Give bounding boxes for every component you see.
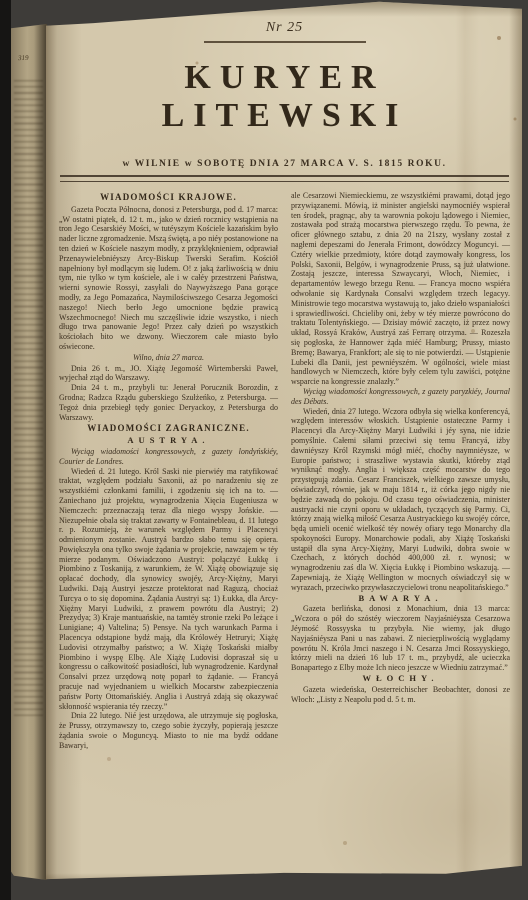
section-heading-domestic-news: WIADOMOŚCI KRAJOWE.: [59, 193, 278, 203]
paragraph-munich-report: Gazeta berlińska, donosi z Monachium, dn…: [291, 604, 510, 673]
publication-dateline: w WILNIE w SOBOTĘ DNIA 27 MARCA V. S. 18…: [59, 159, 510, 169]
binding-edge: [0, 0, 11, 900]
scan-background: 319 Nr 25 KURYER LITEWSKI w WILNIE w SOB…: [0, 0, 528, 900]
rule-under-issue-number: [204, 41, 366, 43]
paragraph-vienna-feb-27: Wiedeń, dnia 27 lutego. Wczora odbyła si…: [291, 407, 510, 593]
dateline-wilno: Wilno, dnia 27 marca.: [59, 353, 278, 363]
paragraph-departure-notice: Dnia 26 t. m., JO. Xiążę Jegomość Wirtem…: [59, 364, 278, 384]
adjacent-page-sliver: 319: [11, 24, 47, 880]
country-heading-austria: AUSTRYA.: [59, 436, 278, 446]
adjacent-page-number: 319: [18, 54, 29, 62]
paragraph-continuation: ale Cesarzowi Niemieckiemu, ze wszystkié…: [291, 191, 510, 387]
section-heading-foreign-news: WIADOMOŚCI ZAGRANICZNE.: [59, 424, 278, 434]
country-heading-italy: WŁOCHY.: [291, 674, 510, 684]
masthead-block: Nr 25 KURYER LITEWSKI w WILNIE w SOBOTĘ …: [46, 0, 522, 182]
paper-specks: [46, 0, 48, 2]
newspaper-page: Nr 25 KURYER LITEWSKI w WILNIE w SOBOTĘ …: [46, 0, 522, 888]
double-rule: [60, 175, 509, 182]
paragraph-petersburg-report: Gazeta Poczta Północna, donosi z Petersb…: [59, 205, 278, 352]
newspaper-title: KURYER LITEWSKI: [59, 59, 510, 135]
paragraph-feb-22: Dnia 22 lutego. Nié jest urzędowa, ale u…: [59, 711, 278, 750]
right-column: ale Cesarzowi Niemieckiemu, ze wszystkié…: [291, 191, 510, 783]
lede-congress-news-london: Wyciąg wiadomości kongressowych, z gazet…: [59, 447, 278, 467]
paragraph-naples-report: Gazeta wiedeńska, Oesterreichischer Beob…: [291, 685, 510, 705]
text-columns: WIADOMOŚCI KRAJOWE. Gazeta Poczta Północ…: [46, 189, 522, 783]
left-column: WIADOMOŚCI KRAJOWE. Gazeta Poczta Północ…: [59, 191, 278, 783]
issue-number: Nr 25: [59, 20, 510, 36]
gutter-shadow: [34, 24, 47, 880]
paragraph-vienna-feb-21: Wiedeń d. 21 lutego. Król Saski nie pier…: [59, 467, 278, 712]
lede-congress-news-paris: Wyciąg wiadomości kongressowych, z gazet…: [291, 387, 510, 407]
paragraph-arrivals-notice: Dnia 24 t. m., przybyli tu: Jenerał Poru…: [59, 383, 278, 422]
country-heading-bavaria: BAWARYA.: [291, 594, 510, 604]
